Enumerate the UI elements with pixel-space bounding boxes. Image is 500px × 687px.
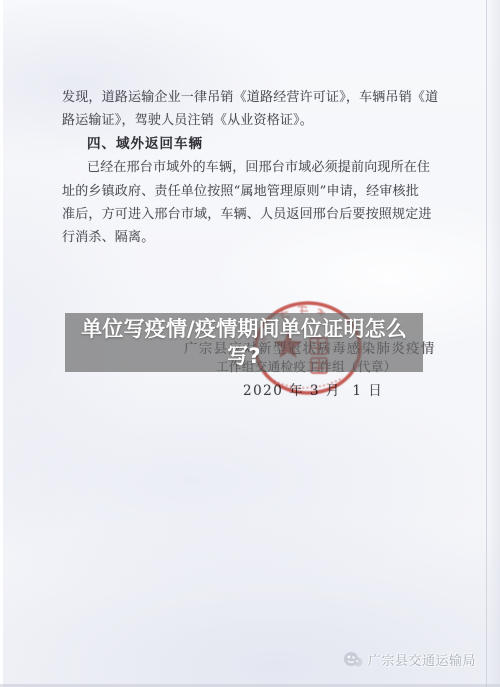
document-photo: 发现，道路运输企业一律吊销《道路经营许可证》，车辆吊销《道 路运输证》，驾驶人员… [0, 0, 500, 687]
section-heading: 四、域外返回车辆 [62, 133, 440, 156]
watermark-label: 广宗县交通运输局 [368, 650, 476, 669]
caption-line2: 写? [65, 343, 423, 370]
body-line: 已经在邢台市域外的车辆，回邢台市域必须提前向现所在住 [62, 156, 440, 179]
caption-overlay-banner: 单位写疫情/疫情期间单位证明怎么 写? [65, 313, 423, 372]
caption-line1: 单位写疫情/疫情期间单位证明怎么 [65, 316, 423, 343]
watermark: 广宗县交通运输局 [343, 650, 476, 669]
paper-right-crease [486, 0, 500, 687]
bureau-logo-icon [343, 650, 364, 669]
document-text: 发现，道路运输企业一律吊销《道路经营许可证》，车辆吊销《道 路运输证》，驾驶人员… [62, 86, 440, 250]
body-line: 准后，方可进入邢台市域，车辆、人员返回邢台后要按照规定进 [62, 203, 440, 226]
paper-left-edge [0, 0, 3, 687]
body-line: 行消杀、隔离。 [62, 226, 440, 249]
body-line: 址的乡镇政府、责任单位按照“属地管理原则”申请，经审核批 [62, 180, 440, 203]
body-line: 路运输证》，驾驶人员注销《从业资格证》。 [62, 109, 440, 132]
body-line: 发现，道路运输企业一律吊销《道路经营许可证》，车辆吊销《道 [62, 86, 440, 109]
